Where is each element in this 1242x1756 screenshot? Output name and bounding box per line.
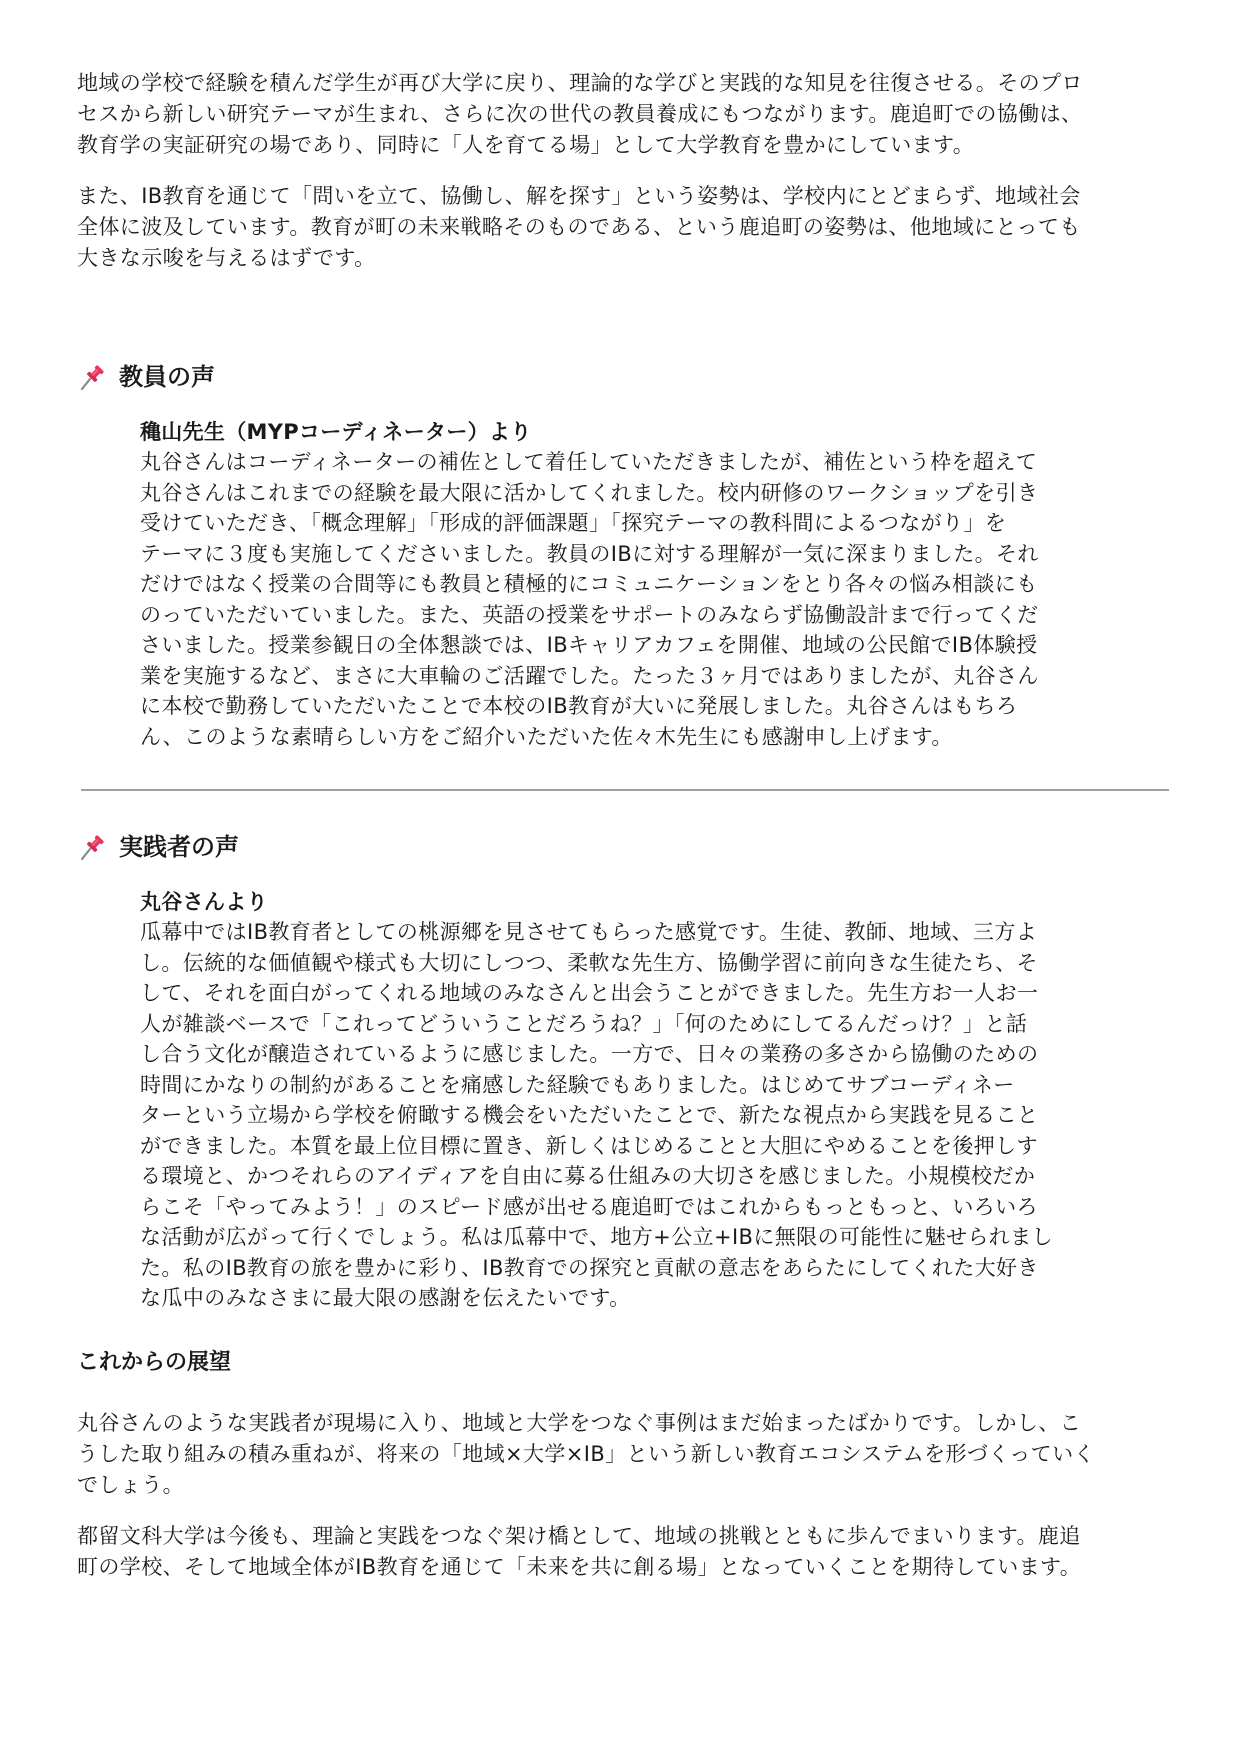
- document-page: 地域の学校で経験を積んだ学生が再び大学に戻り、理論的な学びと実践的な知見を往復さ…: [77, 68, 1167, 1583]
- text-line: テーマに３度も実施してくださいました。教員のIBに対する理解が一気に深まりました…: [140, 539, 1167, 570]
- outlook-paragraph-2: 都留文科大学は今後も、理論と実践をつなぐ架け橋として、地域の挑戦とともに歩んでま…: [77, 1521, 1167, 1583]
- text-line: らこそ「やってみよう！」のスピード感が出せる鹿追町ではこれからもっともっと、いろ…: [140, 1192, 1167, 1223]
- text-line: な活動が広がって行くでしょう。私は瓜幕中で、地方+公立+IBに無限の可能性に魅せ…: [140, 1222, 1167, 1253]
- text-line: 丸谷さんはこれまでの経験を最大限に活かしてくれました。校内研修のワークショップを…: [140, 478, 1167, 509]
- pushpin-icon: [77, 832, 107, 862]
- text-line: さいました。授業参観日の全体懇談では、IBキャリアカフェを開催、地域の公民館でI…: [140, 630, 1167, 661]
- outlook-paragraph-1: 丸谷さんのような実践者が現場に入り、地域と大学をつなぐ事例はまだ始まったばかりで…: [77, 1408, 1167, 1501]
- pushpin-icon: [77, 362, 107, 392]
- quote-author: 丸谷さんより: [140, 887, 1167, 917]
- text-line: のっていただいていました。また、英語の授業をサポートのみならず協働設計まで行って…: [140, 600, 1167, 631]
- text-line: し。伝統的な価値観や様式も大切にしつつ、柔軟な先生方、協働学習に前向きな生徒たち…: [140, 948, 1167, 979]
- text-line: ターという立場から学校を俯瞰する機会をいただいたことで、新たな視点から実践を見る…: [140, 1100, 1167, 1131]
- text-line: た。私のIB教育の旅を豊かに彩り、IB教育での探究と貢献の意志をあらたにしてくれ…: [140, 1253, 1167, 1284]
- text-line: 丸谷さんのような実践者が現場に入り、地域と大学をつなぐ事例はまだ始まったばかりで…: [77, 1408, 1167, 1439]
- section-title: 実践者の声: [119, 831, 239, 863]
- text-line: 全体に波及しています。教育が町の未来戦略そのものである、という鹿追町の姿勢は、他…: [77, 212, 1167, 243]
- text-line: 教育学の実証研究の場であり、同時に「人を育てる場」として大学教育を豊かにしていま…: [77, 130, 1167, 161]
- text-line: だけではなく授業の合間等にも教員と積極的にコミュニケーションをとり各々の悩み相談…: [140, 569, 1167, 600]
- text-line: な瓜中のみなさまに最大限の感謝を伝えたいです。: [140, 1283, 1167, 1314]
- text-line: でしょう。: [77, 1470, 1167, 1501]
- text-line: 都留文科大学は今後も、理論と実践をつなぐ架け橋として、地域の挑戦とともに歩んでま…: [77, 1521, 1167, 1552]
- text-line: ができました。本質を最上位目標に置き、新しくはじめることと大胆にやめることを後押…: [140, 1131, 1167, 1162]
- text-line: 瓜幕中ではIB教育者としての桃源郷を見させてもらった感覚です。生徒、教師、地域、…: [140, 917, 1167, 948]
- intro-paragraph-1: 地域の学校で経験を積んだ学生が再び大学に戻り、理論的な学びと実践的な知見を往復さ…: [77, 68, 1167, 161]
- text-line: セスから新しい研究テーマが生まれ、さらに次の世代の教員養成にもつながります。鹿追…: [77, 99, 1167, 130]
- outlook-section: これからの展望 丸谷さんのような実践者が現場に入り、地域と大学をつなぐ事例はまだ…: [77, 1348, 1167, 1583]
- section-heading: 実践者の声: [77, 831, 1167, 863]
- section-title: 教員の声: [119, 361, 215, 393]
- text-line: 人が雑談ベースで「これってどういうことだろうね？」「何のためにしてるんだっけ？」…: [140, 1009, 1167, 1040]
- text-line: 受けていただき、「概念理解」「形成的評価課題」「探究テーマの教科間によるつながり…: [140, 508, 1167, 539]
- quote-body: 丸谷さんはコーディネーターの補佐として着任していただきましたが、補佐という枠を超…: [140, 447, 1167, 752]
- text-line: 町の学校、そして地域全体がIB教育を通じて「未来を共に創る場」となっていくことを…: [77, 1552, 1167, 1583]
- text-line: 丸谷さんはコーディネーターの補佐として着任していただきましたが、補佐という枠を超…: [140, 447, 1167, 478]
- text-line: し合う文化が醸造されているように感じました。一方で、日々の業務の多さから協働のた…: [140, 1039, 1167, 1070]
- text-line: ん、このような素晴らしい方をご紹介いただいた佐々木先生にも感謝申し上げます。: [140, 722, 1167, 753]
- quote-author: 穐山先生（MYPコーディネーター）より: [140, 417, 1167, 447]
- text-line: うした取り組みの積み重ねが、将来の「地域×大学×IB」という新しい教育エコシステ…: [77, 1439, 1167, 1470]
- text-line: また、IB教育を通じて「問いを立て、協働し、解を探す」という姿勢は、学校内にとど…: [77, 181, 1167, 212]
- practitioner-voice-section: 実践者の声 丸谷さんより 瓜幕中ではIB教育者としての桃源郷を見させてもらった感…: [77, 831, 1167, 1314]
- intro-paragraph-2: また、IB教育を通じて「問いを立て、協働し、解を探す」という姿勢は、学校内にとど…: [77, 181, 1167, 274]
- text-line: る環境と、かつそれらのアイディアを自由に募る仕組みの大切さを感じました。小規模校…: [140, 1161, 1167, 1192]
- text-line: して、それを面白がってくれる地域のみなさんと出会うことができました。先生方お一人…: [140, 978, 1167, 1009]
- section-heading: 教員の声: [77, 361, 1167, 393]
- text-line: 業を実施するなど、まさに大車輪のご活躍でした。たった３ヶ月ではありましたが、丸谷…: [140, 661, 1167, 692]
- text-line: 時間にかなりの制約があることを痛感した経験でもありました。はじめてサブコーディネ…: [140, 1070, 1167, 1101]
- teacher-voice-section: 教員の声 穐山先生（MYPコーディネーター）より 丸谷さんはコーディネーターの補…: [77, 361, 1167, 752]
- quote-body: 瓜幕中ではIB教育者としての桃源郷を見させてもらった感覚です。生徒、教師、地域、…: [140, 917, 1167, 1314]
- text-line: 地域の学校で経験を積んだ学生が再び大学に戻り、理論的な学びと実践的な知見を往復さ…: [77, 68, 1167, 99]
- teacher-quote: 穐山先生（MYPコーディネーター）より 丸谷さんはコーディネーターの補佐として着…: [140, 417, 1167, 752]
- text-line: に本校で勤務していただいたことで本校のIB教育が大いに発展しました。丸谷さんはも…: [140, 691, 1167, 722]
- practitioner-quote: 丸谷さんより 瓜幕中ではIB教育者としての桃源郷を見させてもらった感覚です。生徒…: [140, 887, 1167, 1314]
- outlook-heading: これからの展望: [77, 1348, 1167, 1378]
- text-line: 大きな示唆を与えるはずです。: [77, 243, 1167, 274]
